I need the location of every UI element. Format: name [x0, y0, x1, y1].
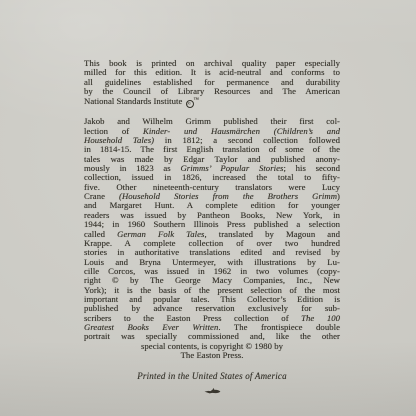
copyright-paragraphs: This book is printed on archival quality… [84, 59, 340, 360]
printed-in-line: Printed in the United States of America [84, 372, 340, 381]
grimm-publication-history: Jakob and Wilhelm Grimm published their … [84, 117, 340, 360]
text-segment: National Standards Institute [84, 96, 185, 106]
bird-ornament-icon [204, 386, 221, 396]
text-line: by the Council of Library Resources and … [84, 87, 340, 96]
text-segment: The Easton Press. [181, 350, 244, 360]
text-segment: by the Council of Library Resources and … [84, 86, 340, 96]
text-line: The Easton Press. [84, 351, 340, 360]
printer-ornament [84, 387, 340, 397]
permanent-paper-icon: ∞ [186, 100, 194, 108]
text-line: National Standards Institute ∞™ [84, 96, 340, 108]
archival-paper-notice: This book is printed on archival quality… [84, 59, 340, 108]
trademark-symbol: ™ [194, 97, 199, 103]
colophon-text: This book is printed on archival quality… [84, 59, 340, 396]
book-page-photo: This book is printed on archival quality… [0, 0, 416, 416]
